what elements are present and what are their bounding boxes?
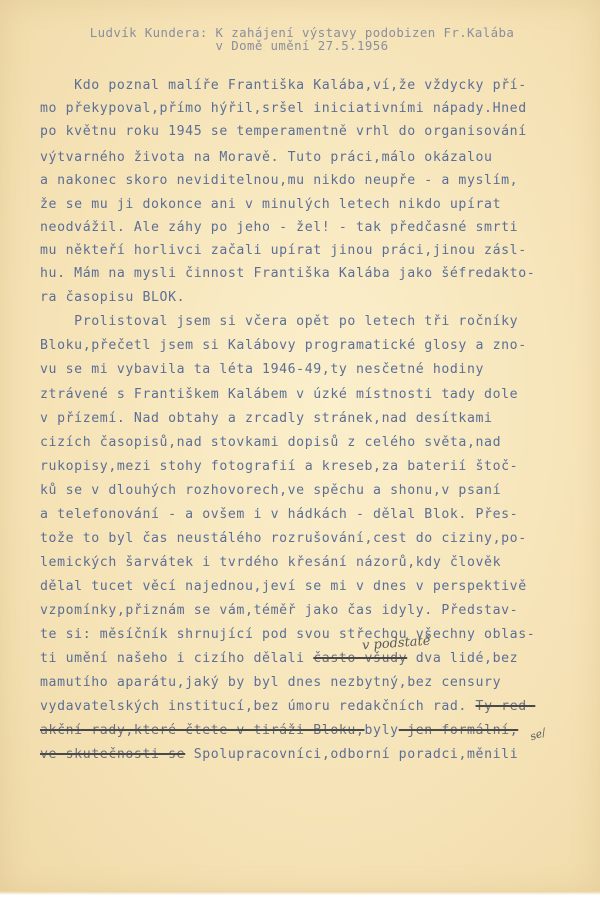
text-line: ra časopisu BLOK. (40, 290, 185, 305)
text-line: ztrávené s Františkem Kalábem v úzké mís… (40, 387, 518, 402)
text-line: Prolistoval jsem si včera opět po letech… (40, 314, 518, 329)
handwritten-mark: se/ (528, 726, 547, 744)
text-line: a nakonec skoro neviditelnou,mu nikdo ne… (40, 173, 518, 188)
text-line-struck: akční rady,které čtete v tiráži Bloku,by… (40, 723, 518, 738)
text-line: že se mu ji dokonce ani v minulých letec… (40, 197, 501, 212)
text-line: výtvarného života na Moravě. Tuto práci,… (40, 150, 493, 165)
text-line: lemických šarvátek i tvrdého křesání náz… (40, 555, 501, 570)
heading-subtitle: v Domě umění 27.5.1956 (32, 39, 572, 52)
text-line: mamutího aparátu,jaký by byl dnes nezbyt… (40, 675, 501, 690)
text-line-with-correction: vydavatelských institucí,bez úmoru redak… (40, 699, 535, 714)
text-line: vzpomínky,přiznám se vám,téměř jako čas … (40, 603, 518, 618)
text-line: neodvážil. Ale záhy po jeho - žel! - tak… (40, 220, 518, 235)
text-line: rukopisy,mezi stohy fotografií a kreseb,… (40, 459, 518, 474)
text-line: dělal tucet věcí najednou,jeví se mi v d… (40, 579, 527, 594)
text-line: v přízemí. Nad obtahy a zrcadly stránek,… (40, 411, 493, 426)
text-line: ků se v dlouhých rozhovorech,ve spěchu a… (40, 483, 501, 498)
text-line: cizích časopisů,nad stovkami dopisů z ce… (40, 435, 501, 450)
struck-text: často všudy (313, 651, 407, 666)
text-segment: ti umění našeho i cizího dělali (40, 651, 313, 666)
text-line: Kdo poznal malíře Františka Kalába,ví,že… (40, 78, 527, 93)
struck-text: Ty red- (476, 699, 536, 714)
text-line: a telefonování - a ovšem i v hádkách - d… (40, 507, 518, 522)
text-line: hu. Mám na mysli činnost Františka Kaláb… (40, 266, 535, 281)
text-line: te si: měsíčník shrnující pod svou střec… (40, 627, 535, 642)
struck-text: ve skutečnosti se (40, 747, 185, 762)
manuscript-page: Ludvík Kundera: K zahájení výstavy podob… (0, 0, 600, 895)
text-line: mu někteří horlivci začali upírat jinou … (40, 243, 527, 258)
text-line: Bloku,přečetl jsem si Kalábovy programat… (40, 338, 527, 353)
text-line-with-correction: ti umění našeho i cizího dělali často vš… (40, 651, 518, 666)
text-line: vu se mi vybavila ta léta 1946-49,ty nes… (40, 362, 484, 377)
text-segment: byly (365, 723, 399, 738)
text-segment: dva lidé,bez (407, 651, 518, 666)
text-segment: Spolupracovníci,odborní poradci,měnili (185, 747, 518, 762)
text-line: tože to byl čas neustálého rozrušování,c… (40, 531, 527, 546)
document-heading: Ludvík Kundera: K zahájení výstavy podob… (32, 26, 572, 52)
text-segment: vydavatelských institucí,bez úmoru redak… (40, 699, 476, 714)
text-line-with-correction: ve skutečnosti se Spolupracovníci,odborn… (40, 747, 518, 762)
struck-text: jen formální, (399, 723, 519, 738)
text-line: mo překypoval,přímo hýřil,sršel iniciati… (40, 101, 527, 116)
struck-text: akční rady,které čtete v tiráži Bloku, (40, 723, 365, 738)
text-line: po květnu roku 1945 se temperamentně vrh… (40, 124, 527, 139)
